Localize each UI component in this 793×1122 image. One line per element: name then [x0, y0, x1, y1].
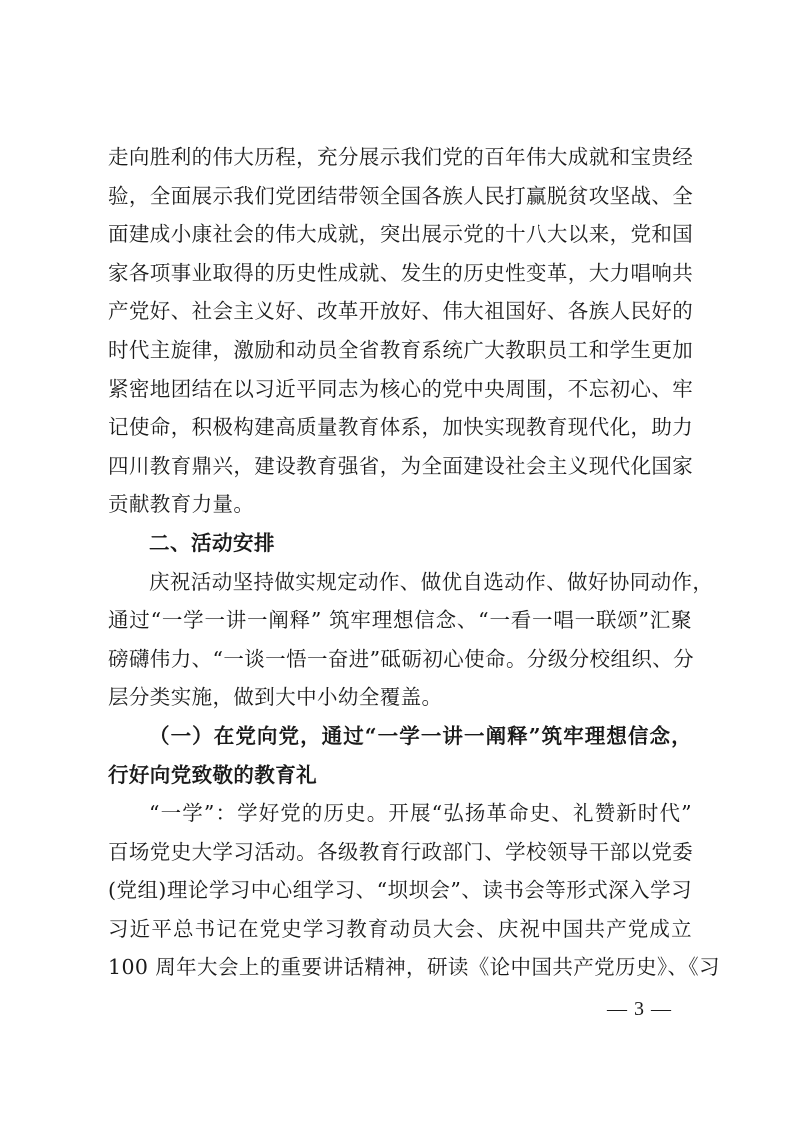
- text-line: 四川教育鼎兴，建设教育强省，为全面建设社会主义现代化国家: [108, 447, 692, 486]
- text-line: 贡献教育力量。: [108, 485, 692, 524]
- text-line: 磅礴伟力、“一谈一悟一奋进”砥砺初心使命。分级分校组织、分: [108, 640, 692, 679]
- text-line: 通过“一学一讲一阐释” 筑牢理想信念、“一看一唱一联颂”汇聚: [108, 601, 692, 640]
- text-line: 层分类实施，做到大中小幼全覆盖。: [108, 678, 692, 717]
- text-line: 庆祝活动坚持做实规定动作、做优自选动作、做好协同动作，: [108, 563, 692, 602]
- paragraph-purpose-continuation: 走向胜利的伟大历程，充分展示我们党的百年伟大成就和宝贵经 验，全面展示我们党团结…: [108, 138, 692, 524]
- text-line: 产党好、社会主义好、改革开放好、伟大祖国好、各族人民好的: [108, 292, 692, 331]
- text-line: 记使命，积极构建高质量教育体系，加快实现教育现代化，助力: [108, 408, 692, 447]
- text-line: 走向胜利的伟大历程，充分展示我们党的百年伟大成就和宝贵经: [108, 138, 692, 177]
- text-line: 100 周年大会上的重要讲话精神，研读《论中国共产党历史》、《习: [108, 948, 692, 987]
- section-heading: 二、活动安排: [108, 524, 692, 563]
- paragraph-study-history: “一学”：学好党的历史。开展“弘扬革命史、礼赞新时代” 百场党史大学习活动。各级…: [108, 794, 692, 987]
- text-line: 时代主旋律，激励和动员全省教育系统广大教职员工和学生更加: [108, 331, 692, 370]
- text-line: 面建成小康社会的伟大成就，突出展示党的十八大以来，党和国: [108, 215, 692, 254]
- text-line: 紧密地团结在以习近平同志为核心的党中央周围，不忘初心、牢: [108, 370, 692, 409]
- section-heading-activity-arrangement: 二、活动安排: [108, 524, 692, 563]
- sub-heading-item-one: （一）在党向党，通过“一学一讲一阐释”筑牢理想信念， 行好向党致敬的教育礼: [108, 717, 692, 794]
- sub-heading-line: （一）在党向党，通过“一学一讲一阐释”筑牢理想信念，: [108, 717, 692, 756]
- text-line: (党组)理论学习中心组学习、“坝坝会”、读书会等形式深入学习: [108, 871, 692, 910]
- text-line: 百场党史大学习活动。各级教育行政部门、学校领导干部以党委: [108, 833, 692, 872]
- text-line: 验，全面展示我们党团结带领全国各族人民打赢脱贫攻坚战、全: [108, 177, 692, 216]
- page-number: — 3 —: [607, 998, 672, 1021]
- sub-heading-line: 行好向党致敬的教育礼: [108, 756, 692, 795]
- document-page: 走向胜利的伟大历程，充分展示我们党的百年伟大成就和宝贵经 验，全面展示我们党团结…: [0, 0, 793, 1122]
- text-line: 习近平总书记在党史学习教育动员大会、庆祝中国共产党成立: [108, 910, 692, 949]
- text-line: “一学”：学好党的历史。开展“弘扬革命史、礼赞新时代”: [108, 794, 692, 833]
- text-line: 家各项事业取得的历史性成就、发生的历史性变革，大力唱响共: [108, 254, 692, 293]
- paragraph-activity-overview: 庆祝活动坚持做实规定动作、做优自选动作、做好协同动作， 通过“一学一讲一阐释” …: [108, 563, 692, 717]
- document-body: 走向胜利的伟大历程，充分展示我们党的百年伟大成就和宝贵经 验，全面展示我们党团结…: [108, 138, 692, 987]
